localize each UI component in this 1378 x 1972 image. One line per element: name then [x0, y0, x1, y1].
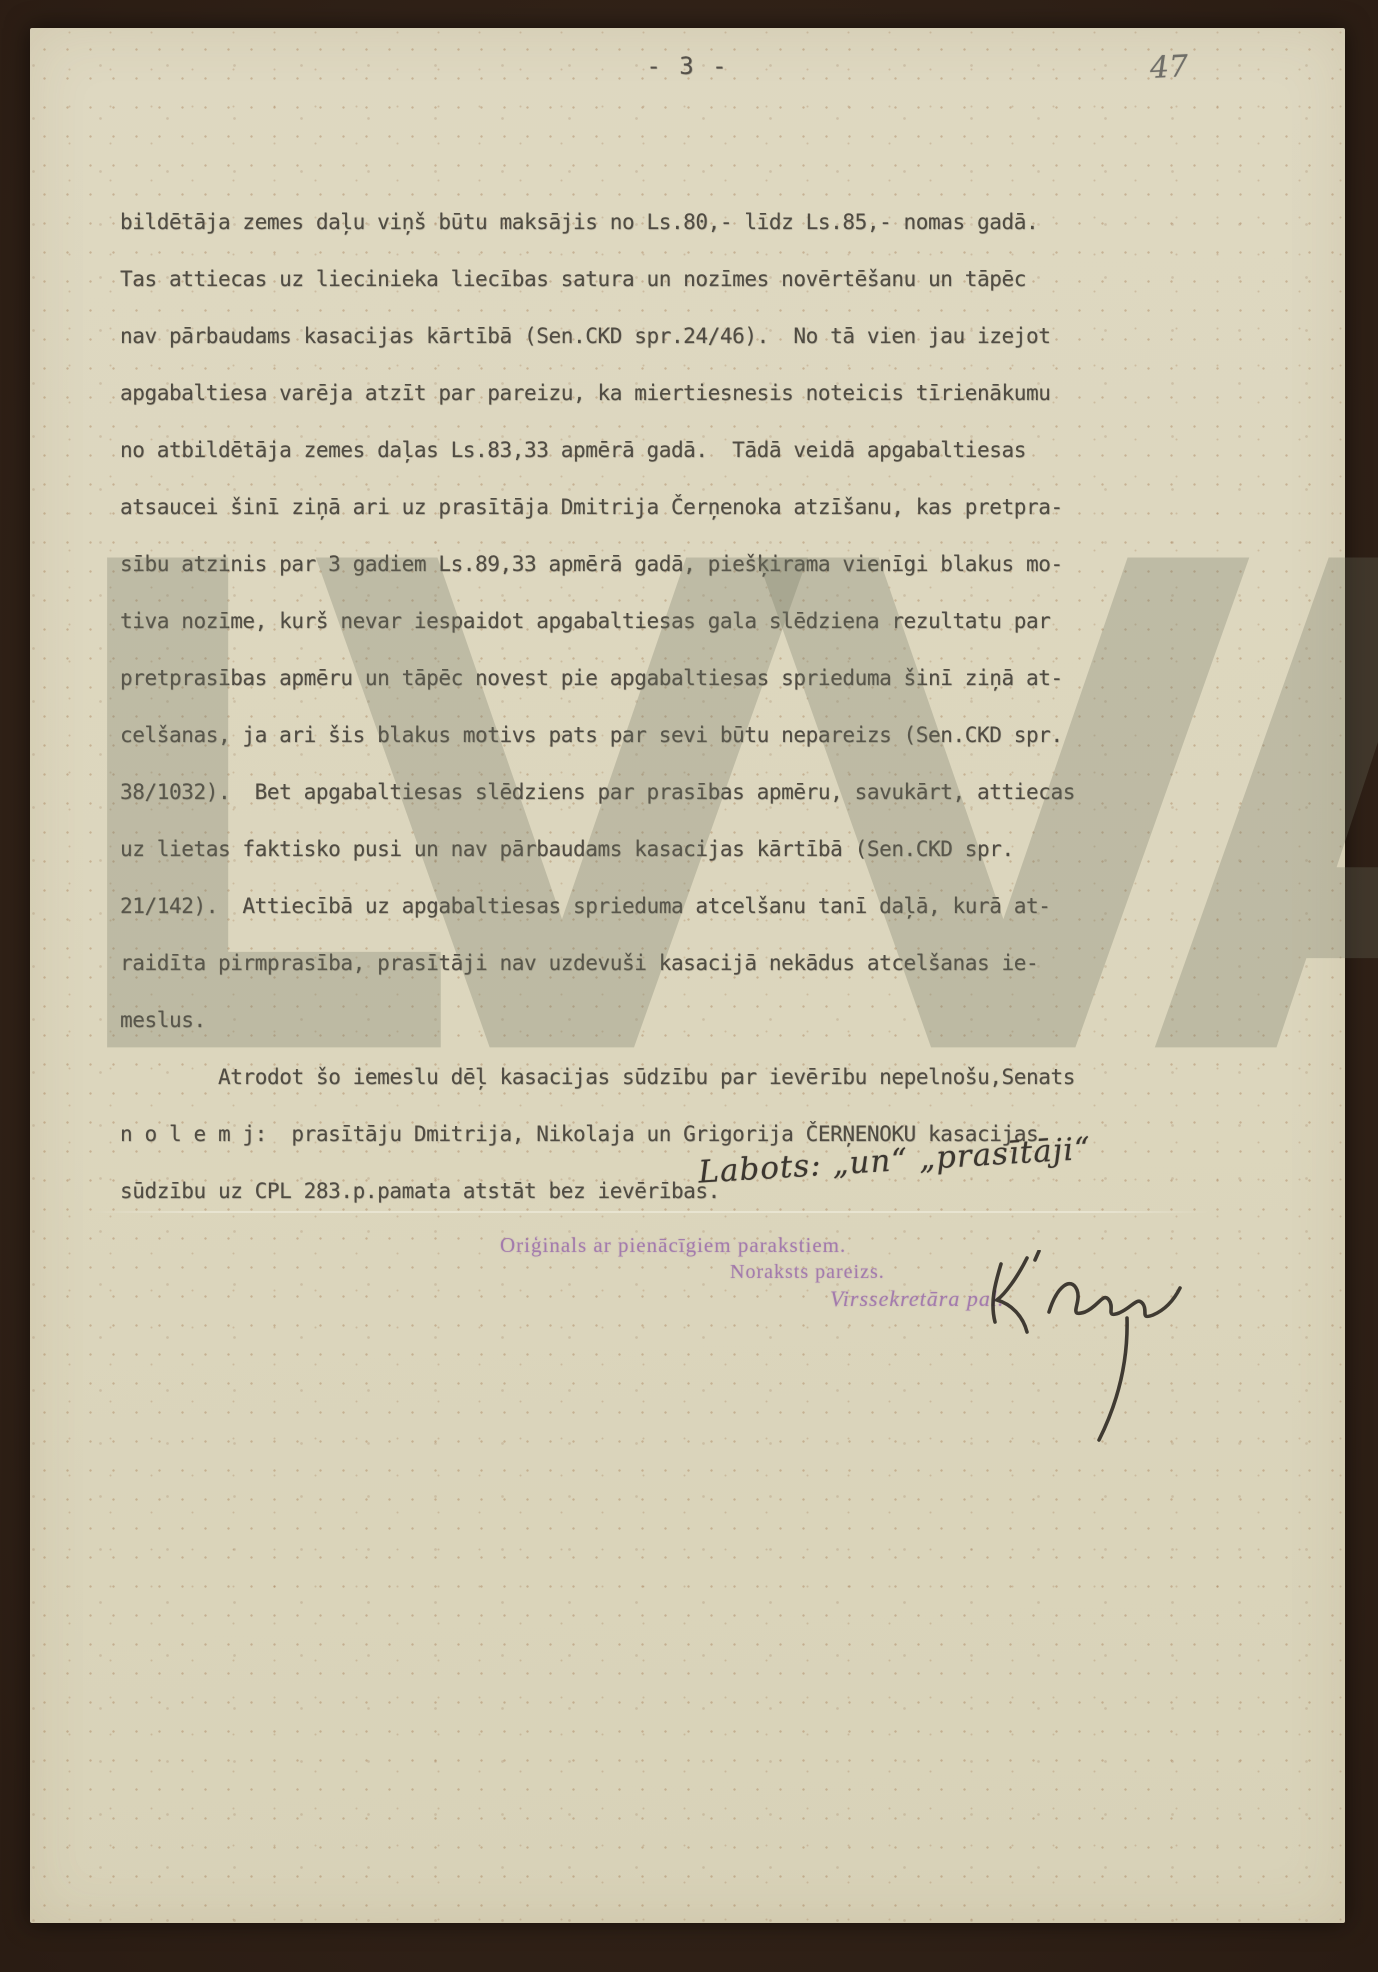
- typed-line: uz lietas faktisko pusi un nav pārbaudam…: [120, 821, 1070, 878]
- paper-crease: [90, 1211, 1210, 1213]
- typed-line: 38/1032). Bet apgabaltiesas slēdziens pa…: [120, 764, 1070, 821]
- typed-line: apgabaltiesa varēja atzīt par pareizu, k…: [120, 365, 1070, 422]
- typed-line: celšanas, ja ari šis blakus motivs pats …: [120, 707, 1070, 764]
- stamp-text-copy-correct: Noraksts pareizs.: [730, 1261, 885, 1284]
- typed-line: Atrodot šo iemeslu dēļ kasacijas sūdzību…: [120, 1049, 1070, 1106]
- corner-annotation: 47: [1149, 49, 1189, 86]
- typed-line: 21/142). Attiecībā uz apgabaltiesas spri…: [120, 878, 1070, 935]
- document-page: - 3 - 47 bildētāja zemes daļu viņš būtu …: [30, 28, 1345, 1923]
- typed-line: Tas attiecas uz liecinieka liecības satu…: [120, 251, 1070, 308]
- typed-line: raidīta pirmprasība, prasītāji nav uzdev…: [120, 935, 1070, 992]
- page-number: - 3 -: [30, 52, 1345, 80]
- typed-line: sību atzinis par 3 gadiem Ls.89,33 apmēr…: [120, 536, 1070, 593]
- typed-line: tiva nozīme, kurš nevar iespaidot apgaba…: [120, 593, 1070, 650]
- handwritten-signature: [975, 1250, 1190, 1454]
- typed-line: nav pārbaudams kasacijas kārtībā (Sen.CK…: [120, 308, 1070, 365]
- scanned-archive-page: { "page": { "header_page_number": "- 3 -…: [0, 0, 1378, 1972]
- typed-line: meslus.: [120, 992, 1070, 1049]
- typed-line: bildētāja zemes daļu viņš būtu maksājis …: [120, 194, 1070, 251]
- signature-ink-strokes: [975, 1250, 1190, 1450]
- typed-line: atsaucei šinī ziņā ari uz prasītāja Dmit…: [120, 479, 1070, 536]
- typed-line: no atbildētāja zemes daļas Ls.83,33 apmē…: [120, 422, 1070, 479]
- stamp-text-original: Oriģinals ar pienācīgiem parakstiem.: [500, 1233, 846, 1258]
- typed-text-block: bildētāja zemes daļu viņš būtu maksājis …: [120, 194, 1070, 1220]
- typed-line: pretprasības apmēru un tāpēc novest pie …: [120, 650, 1070, 707]
